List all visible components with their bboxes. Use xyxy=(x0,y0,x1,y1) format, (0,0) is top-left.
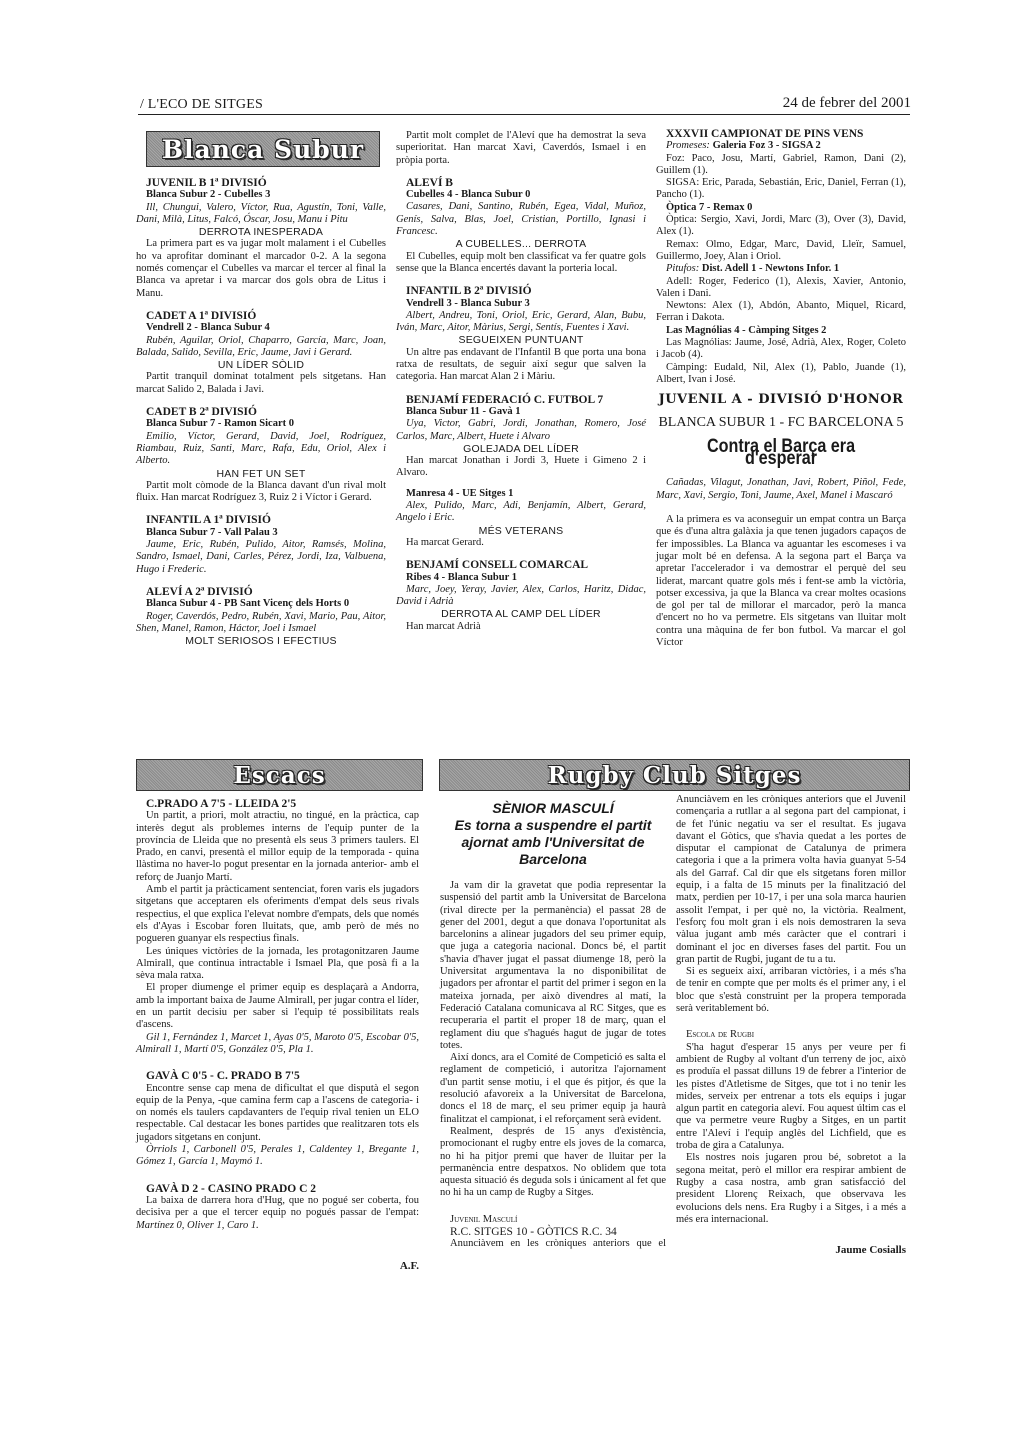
column-escacs: C.PRADO A 7'5 - LLEIDA 2'5 Un partit, a … xyxy=(136,794,419,1272)
column-blanca-subur-1: JUVENIL B 1ª DIVISIÓ Blanca Subur 2 - Cu… xyxy=(136,167,386,647)
category-label: Promeses: xyxy=(666,140,710,151)
division-title: BENJAMÍ FEDERACIÓ C. FUTBOL 7 xyxy=(396,394,646,406)
report-subhead: MÉS VETERANS xyxy=(396,525,646,537)
lineup: Rubén, Aguilar, Oriol, Chaparro, García,… xyxy=(136,335,386,360)
report-subhead: SEGUEIXEN PUNTUANT xyxy=(396,334,646,346)
division-title: ALEVÍ A 2ª DIVISIÓ xyxy=(136,586,386,598)
banner-title: Blanca Subur xyxy=(162,135,364,164)
match-report: BENJAMÍ CONSELL COMARCAL Ribes 4 - Blanc… xyxy=(396,559,646,633)
match-score: Blanca Subur 4 - PB Sant Vicenç dels Hor… xyxy=(136,598,386,610)
publication-name: / L'ECO DE SITGES xyxy=(140,97,263,113)
column-blanca-subur-3: XXXVII CAMPIONAT DE PINS VENS Promeses: … xyxy=(656,128,906,649)
match-report: JUVENIL B 1ª DIVISIÓ Blanca Subur 2 - Cu… xyxy=(136,177,386,300)
paragraph: Si es segueix així, arribaran victòries,… xyxy=(676,966,906,1015)
lineup: Marc, Joey, Yeray, Javier, Alex, Carlos,… xyxy=(396,584,646,609)
author-signature: Jaume Cosialls xyxy=(676,1244,906,1256)
match-report: INFANTIL B 2ª DIVISIÓ Vendrell 3 - Blanc… xyxy=(396,285,646,383)
lineup: Newtons: Alex (1), Abdón, Abanto, Miquel… xyxy=(656,300,906,325)
report-body: Han marcat Jonathan i Jordi 3, Huete i G… xyxy=(396,455,646,480)
match-score: Pitufos: Dist. Adell 1 - Newtons Infor. … xyxy=(656,263,906,275)
match-report: BENJAMÍ FEDERACIÓ C. FUTBOL 7 Blanca Sub… xyxy=(396,394,646,480)
match-report: ALEVÍ B Cubelles 4 - Blanca Subur 0 Casa… xyxy=(396,177,646,275)
report-body: Han marcat Adrià xyxy=(396,621,646,633)
match-title: C.PRADO A 7'5 - LLEIDA 2'5 xyxy=(136,798,419,810)
paragraph: S'ha hagut d'esperar 15 anys per veure p… xyxy=(676,1042,906,1153)
section-banner-blanca-subur: Blanca Subur xyxy=(146,131,380,167)
match-report: Manresa 4 - UE Sitges 1 Alex, Pulido, Ma… xyxy=(396,488,646,549)
match-report: INFANTIL A 1ª DIVISIÓ Blanca Subur 7 - V… xyxy=(136,514,386,575)
lineup: Adell: Roger, Federico (1), Alexis, Xavi… xyxy=(656,276,906,301)
match-title: GAVÀ C 0'5 - C. PRADO B 7'5 xyxy=(136,1070,419,1082)
lineup: Casares, Dani, Santino, Rubén, Egea, Vid… xyxy=(396,201,646,238)
paragraph: Així doncs, ara el Comité de Competició … xyxy=(440,1052,666,1126)
lineup: SIGSA: Eric, Parada, Sebastián, Eric, Da… xyxy=(656,177,906,202)
article-headline: Es torna a suspendre el partit ajornat a… xyxy=(440,817,666,868)
paragraph: Amb el partit ja pràcticament sentenciat… xyxy=(136,884,419,945)
board-results: Martínez 0, Oliver 1, Caro 1. xyxy=(136,1220,259,1231)
lineup: Emilio, Víctor, Gerard, David, Joel, Rod… xyxy=(136,431,386,468)
lineup: Remax: Olmo, Edgar, Marc, David, Lleïr, … xyxy=(656,239,906,264)
board-results: Òrriols 1, Carbonell 0'5, Perales 1, Cal… xyxy=(136,1144,419,1169)
paragraph: El proper diumenge el primer equip es de… xyxy=(136,982,419,1031)
paragraph: Els nostres nois jugaren prou bé, sobret… xyxy=(676,1152,906,1226)
report-subhead: GOLEJADA DEL LÍDER xyxy=(396,443,646,455)
banner-title: Escacs xyxy=(233,762,325,789)
subsection-label: Escola de Rugbi xyxy=(676,1029,906,1041)
report-body: Ha marcat Gerard. xyxy=(396,537,646,549)
report-subhead: DERROTA INESPERADA xyxy=(136,226,386,238)
report-subhead: A CUBELLES... DERROTA xyxy=(396,238,646,250)
paragraph: Les úniques victòries de la jornada, les… xyxy=(136,946,419,983)
board-results: Gil 1, Fernández 1, Marcet 1, Ayas 0'5, … xyxy=(136,1032,419,1057)
paragraph: Un partit, a priori, molt atractiu, no t… xyxy=(136,810,419,884)
match-score: Manresa 4 - UE Sitges 1 xyxy=(396,488,646,500)
division-title: ALEVÍ B xyxy=(396,177,646,189)
match-score: R.C. SITGES 10 - GÒTICS R.C. 34 xyxy=(440,1226,666,1238)
division-title: BENJAMÍ CONSELL COMARCAL xyxy=(396,559,646,571)
paragraph: La baixa de darrera hora d'Hug, que no p… xyxy=(136,1195,419,1232)
match-text: Òptica 7 - Remax 0 xyxy=(666,202,752,213)
division-heading: JUVENIL A - DIVISIÓ D'HONOR xyxy=(656,394,906,406)
match-report: CADET A 1ª DIVISIÓ Vendrell 2 - Blanca S… xyxy=(136,310,386,396)
report-body: A la primera es va aconseguir un empat c… xyxy=(656,514,906,649)
match-text: Galeria Foz 3 - SIGSA 2 xyxy=(713,140,821,151)
paragraph: Ja vam dir la gravetat que podia represe… xyxy=(440,880,666,1052)
match-score: Ribes 4 - Blanca Subur 1 xyxy=(396,572,646,584)
report-body: Partit molt complet de l'Aleví que ha de… xyxy=(396,130,646,167)
division-title: INFANTIL B 2ª DIVISIÓ xyxy=(396,285,646,297)
match-score: Promeses: Galeria Foz 3 - SIGSA 2 xyxy=(656,140,906,152)
match-title: GAVÀ D 2 - CASINO PRADO C 2 xyxy=(136,1183,419,1195)
match-text: Dist. Adell 1 - Newtons Infor. 1 xyxy=(702,263,839,274)
report-body: La primera part es va jugar molt malamen… xyxy=(136,238,386,299)
lineup: Càmping: Eudald, Nil, Alex (1), Pablo, J… xyxy=(656,362,906,387)
lineup: Albert, Andreu, Toni, Oriol, Eric, Gerar… xyxy=(396,310,646,335)
match-score: Blanca Subur 7 - Ramon Sicart 0 xyxy=(136,418,386,430)
lineup: Foz: Paco, Josu, Martí, Gabriel, Ramon, … xyxy=(656,153,906,178)
match-report: CADET B 2ª DIVISIÓ Blanca Subur 7 - Ramo… xyxy=(136,406,386,504)
category-label: Pitufos: xyxy=(666,263,699,274)
match-text: Las Magnólias 4 - Càmping Sitges 2 xyxy=(666,325,826,336)
banner-title: Rugby Club Sitges xyxy=(548,762,802,789)
paragraph: Realment, després de 15 anys d'existènci… xyxy=(440,1126,666,1200)
match-score: Òptica 7 - Remax 0 xyxy=(656,202,906,214)
division-title: INFANTIL A 1ª DIVISIÓ xyxy=(136,514,386,526)
match-score: Blanca Subur 7 - Vall Palau 3 xyxy=(136,527,386,539)
division-title: CADET B 2ª DIVISIÓ xyxy=(136,406,386,418)
lineup: Ill, Chungui, Valero, Víctor, Rua, Agust… xyxy=(136,202,386,227)
match-report: ALEVÍ A 2ª DIVISIÓ Blanca Subur 4 - PB S… xyxy=(136,586,386,647)
division-title: JUVENIL B 1ª DIVISIÓ xyxy=(136,177,386,189)
report-body: Un altre pas endavant de l'Infantil B qu… xyxy=(396,347,646,384)
issue-date: 24 de febrer del 2001 xyxy=(783,95,911,112)
subsection-label: Juvenil Masculí xyxy=(440,1214,666,1226)
lineup: Uya, Victor, Gabri, Jordi, Jonathan, Rom… xyxy=(396,418,646,443)
report-subhead: DERROTA AL CAMP DEL LÍDER xyxy=(396,608,646,620)
report-subhead: HAN FET UN SET xyxy=(136,468,386,480)
report-body: El Cubelles, equip molt ben classificat … xyxy=(396,251,646,276)
lineup: Jaume, Eric, Rubén, Pulido, Aitor, Ramsé… xyxy=(136,539,386,576)
report-body: Partit tranquil dominat totalment pels s… xyxy=(136,371,386,396)
paragraph: Anunciàvem en les cròniques anteriors qu… xyxy=(440,1238,666,1250)
section-banner-rugby: Rugby Club Sitges xyxy=(439,759,910,791)
lineup: Òptica: Sergio, Xavi, Jordi, Marc (3), O… xyxy=(656,214,906,239)
match-score: Cubelles 4 - Blanca Subur 0 xyxy=(396,189,646,201)
paragraph: Encontre sense cap mena de dificultat el… xyxy=(136,1083,419,1144)
column-rugby-1: SÈNIOR MASCULÍ Es torna a suspendre el p… xyxy=(440,794,666,1250)
column-blanca-subur-2: Partit molt complet de l'Aleví que ha de… xyxy=(396,130,646,633)
section-banner-escacs: Escacs xyxy=(136,759,423,791)
report-subhead: UN LÍDER SÒLID xyxy=(136,359,386,371)
lineup: Las Magnólias: Jaume, José, Adrià, Alex,… xyxy=(656,337,906,362)
column-rugby-2: Anunciàvem en les cròniques anteriors qu… xyxy=(676,794,906,1256)
final-score: BLANCA SUBUR 1 - FC BARCELONA 5 xyxy=(656,417,906,429)
report-subhead: MOLT SERIOSOS I EFECTIUS xyxy=(136,635,386,647)
match-score: Las Magnólias 4 - Càmping Sitges 2 xyxy=(656,325,906,337)
division-title: CADET A 1ª DIVISIÓ xyxy=(136,310,386,322)
tournament-results: Promeses: Galeria Foz 3 - SIGSA 2Foz: Pa… xyxy=(656,140,906,386)
category-heading: SÈNIOR MASCULÍ xyxy=(440,800,666,817)
article-headline: Contra el Barça era d'esperar xyxy=(675,441,888,466)
match-score: Vendrell 3 - Blanca Subur 3 xyxy=(396,298,646,310)
lineup: Roger, Caverdós, Pedro, Rubén, Xavi, Mar… xyxy=(136,611,386,636)
paragraph: Anunciàvem en les cròniques anteriors qu… xyxy=(676,794,906,966)
tournament-title: XXXVII CAMPIONAT DE PINS VENS xyxy=(656,128,906,140)
match-score: Blanca Subur 2 - Cubelles 3 xyxy=(136,189,386,201)
author-signature: A.F. xyxy=(136,1260,419,1272)
match-score: Blanca Subur 11 - Gavà 1 xyxy=(396,406,646,418)
match-score: Vendrell 2 - Blanca Subur 4 xyxy=(136,322,386,334)
lineup: Alex, Pulido, Marc, Adi, Benjamín, Alber… xyxy=(396,500,646,525)
header-rule xyxy=(138,114,910,115)
lineup: Cañadas, Vilagut, Jonathan, Javi, Robert… xyxy=(656,477,906,502)
paragraph-text: La baixa de darrera hora d'Hug, que no p… xyxy=(136,1195,419,1218)
report-body: Partit molt còmode de la Blanca davant d… xyxy=(136,480,386,505)
